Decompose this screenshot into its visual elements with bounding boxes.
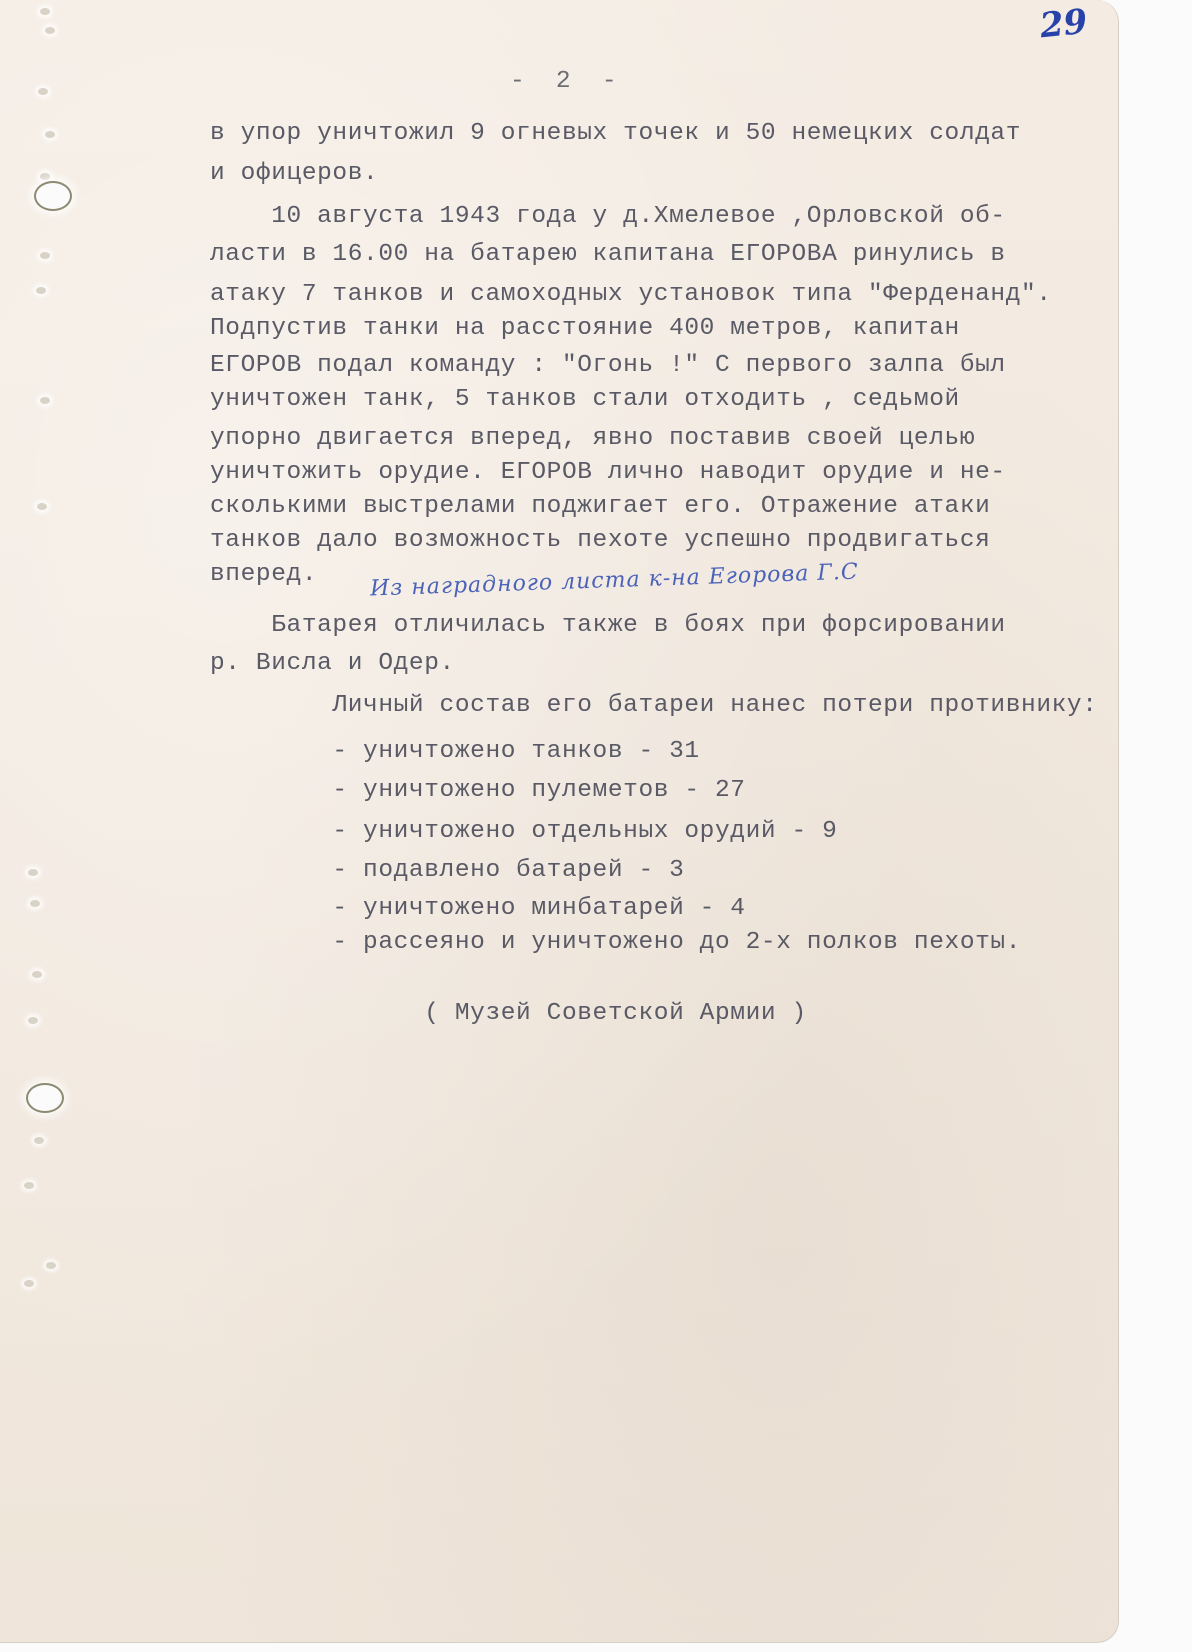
binder-hole (28, 869, 38, 876)
binder-hole-torn (36, 183, 70, 209)
text-line: сколькими выстрелами поджигает его. Отра… (210, 493, 990, 520)
binder-hole (32, 971, 42, 978)
losses-item: - подавлено батарей - 3 (210, 857, 684, 884)
binder-hole (40, 397, 50, 404)
text-line: р. Висла и Одер. (210, 650, 455, 677)
losses-item: - рассеяно и уничтожено до 2-х полков пе… (210, 929, 1021, 956)
text-line: танков дало возможность пехоте успешно п… (210, 527, 990, 554)
binder-hole (24, 1280, 34, 1287)
folio-number: 29 (1038, 2, 1089, 47)
text-line: Подпустив танки на расстояние 400 метров… (210, 315, 960, 342)
binder-hole (34, 1137, 44, 1144)
text-line: ласти в 16.00 на батарею капитана ЕГОРОВ… (210, 241, 1006, 268)
binder-hole (45, 27, 55, 34)
binder-hole (37, 503, 47, 510)
binder-hole (46, 1262, 56, 1269)
text-line: Батарея отличилась также в боях при форс… (210, 612, 1006, 639)
text-line: ЕГОРОВ подал команду : "Огонь !" С перво… (210, 352, 1006, 379)
binder-hole (38, 88, 48, 95)
binder-hole (45, 131, 55, 138)
binder-hole (36, 287, 46, 294)
binder-hole (40, 8, 50, 15)
binder-hole-torn (28, 1085, 62, 1111)
source-attribution: ( Музей Советской Армии ) (210, 1000, 807, 1027)
binder-hole (40, 252, 50, 259)
text-line: уничтожен танк, 5 танков стали отходить … (210, 386, 960, 413)
binder-hole (24, 1182, 34, 1189)
text-line: в упор уничтожил 9 огневых точек и 50 не… (210, 120, 1021, 147)
binder-hole (30, 900, 40, 907)
losses-intro: Личный состав его батареи нанес потери п… (210, 692, 1098, 719)
text-line: уничтожить орудие. ЕГОРОВ лично наводит … (210, 459, 1006, 486)
text-line: и офицеров. (210, 160, 378, 187)
page-marker: - 2 - (510, 68, 617, 95)
text-line: упорно двигается вперед, явно поставив с… (210, 425, 975, 452)
losses-item: - уничтожено отдельных орудий - 9 (210, 818, 837, 845)
text-line: 10 августа 1943 года у д.Хмелевое ,Орлов… (210, 203, 1006, 230)
losses-item: - уничтожено пулеметов - 27 (210, 777, 746, 804)
binder-hole (40, 173, 50, 180)
text-line: атаку 7 танков и самоходных установок ти… (210, 281, 1052, 308)
losses-item: - уничтожено минбатарей - 4 (210, 895, 746, 922)
text-line: вперед. (210, 561, 317, 588)
binder-hole (28, 1017, 38, 1024)
losses-item: - уничтожено танков - 31 (210, 738, 700, 765)
